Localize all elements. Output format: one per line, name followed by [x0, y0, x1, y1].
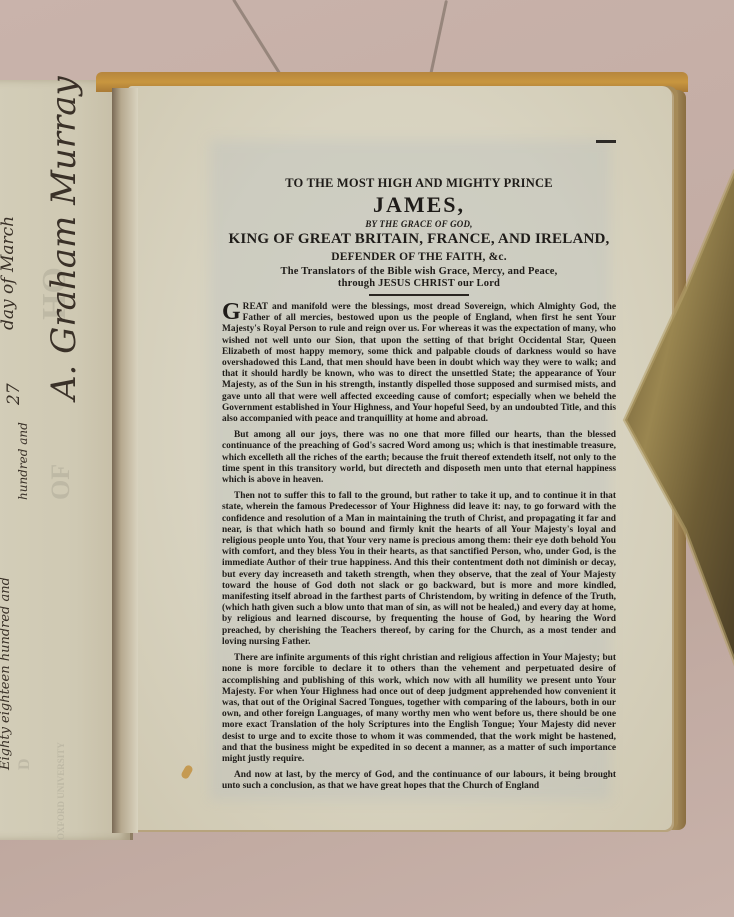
brass-clasp [615, 130, 734, 710]
faded-print: D [16, 758, 34, 770]
paragraph-1-text: REAT and manifold were the blessings, mo… [222, 302, 616, 424]
divider-rule [369, 294, 469, 296]
faded-print: OF [46, 464, 76, 500]
dedication-text: TO THE MOST HIGH AND MIGHTY PRINCE JAMES… [222, 176, 616, 798]
corner-mark [596, 140, 616, 143]
paragraph-1: GREAT and manifold were the blessings, m… [222, 302, 616, 425]
dedication-line-4: KING OF GREAT BRITAIN, FRANCE, AND IRELA… [222, 231, 616, 248]
dedication-line-6: The Translators of the Bible wish Grace,… [222, 266, 616, 278]
handwriting-signature: A. Graham Murray [44, 76, 84, 400]
drop-cap: G [222, 302, 241, 322]
dedication-line-3: BY THE GRACE OF GOD, [222, 219, 616, 229]
paragraph-5: And now at last, by the mercy of God, an… [222, 770, 616, 792]
paragraph-3: Then not to suffer this to fall to the g… [222, 491, 616, 648]
handwriting-year-part: hundred and [16, 422, 30, 500]
paragraph-4: There are infinite arguments of this rig… [222, 653, 616, 765]
photo-scene: HO OF D OXFORD UNIVERSITY day of March A… [0, 0, 734, 917]
handwriting-year: Eighty eighteen hundred and [0, 577, 13, 770]
paragraph-2: But among all our joys, there was no one… [222, 430, 616, 486]
book-gutter [112, 88, 138, 833]
faded-print: OXFORD UNIVERSITY [56, 742, 66, 840]
dedication-name: JAMES, [222, 192, 616, 218]
dedication-line-1: TO THE MOST HIGH AND MIGHTY PRINCE [222, 176, 616, 191]
dedication-line-7: through JESUS CHRIST our Lord [222, 278, 616, 290]
dedication-line-5: DEFENDER OF THE FAITH, &c. [222, 251, 616, 263]
handwriting-day: 27 [4, 383, 24, 405]
handwriting-date: day of March [0, 216, 18, 330]
